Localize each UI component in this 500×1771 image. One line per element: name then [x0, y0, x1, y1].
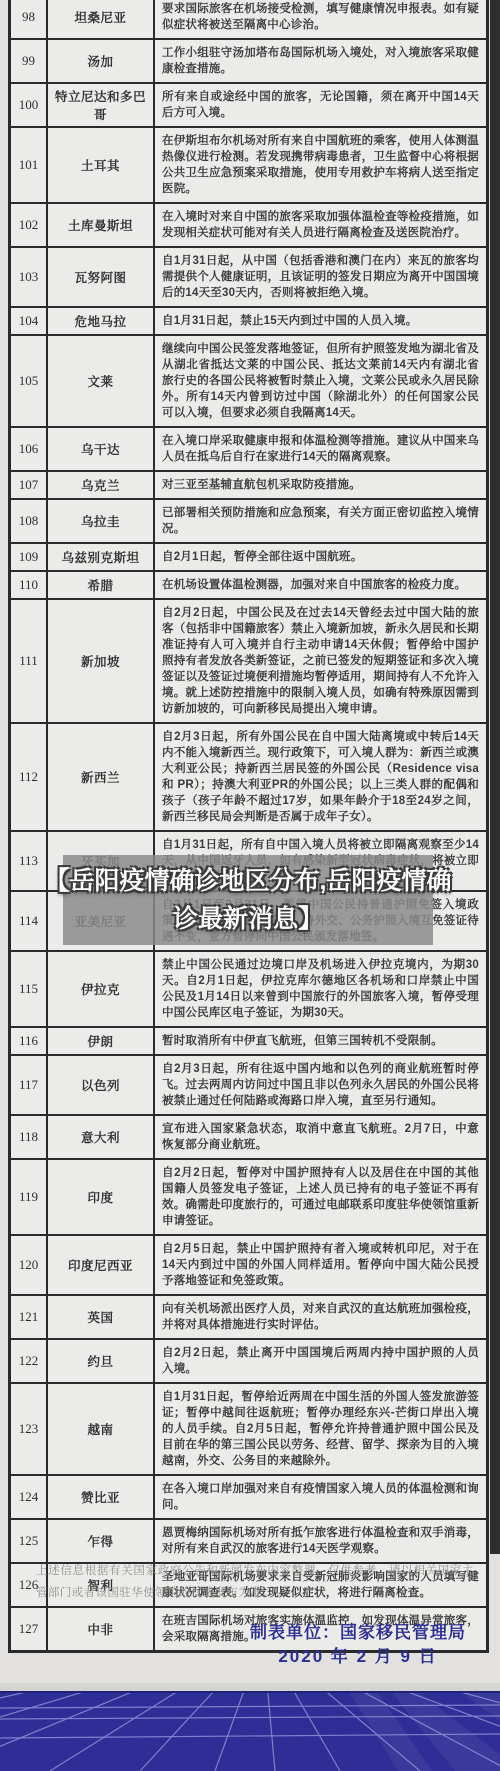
row-number: 101	[10, 127, 48, 203]
table-row: 115 伊拉克 禁止中国公民通过边境口岸及机场进入伊拉克境内，为期30天。自2月…	[10, 951, 488, 1027]
row-number: 115	[10, 951, 48, 1027]
row-country: 新加坡	[47, 599, 154, 723]
row-measure: 对三亚至基辅直航包机采取防疫措施。	[154, 471, 488, 499]
table-row: 99 汤加 工作小组驻守汤加塔布岛国际机场入境处，对入境旅客采取健康检查措施。	[10, 39, 488, 83]
row-measure: 要求国际旅客在机场接受检测，填写健康情况申报表。如有疑似症状将被送至隔离中心诊治…	[154, 0, 488, 39]
divider-strip	[0, 1683, 500, 1691]
row-country: 赞比亚	[47, 1475, 154, 1519]
row-country: 土库曼斯坦	[47, 203, 154, 247]
page: 98 坦桑尼亚 要求国际旅客在机场接受检测，填写健康情况申报表。如有疑似症状将被…	[0, 0, 500, 1771]
row-country: 坦桑尼亚	[47, 0, 154, 39]
table-row: 98 坦桑尼亚 要求国际旅客在机场接受检测，填写健康情况申报表。如有疑似症状将被…	[10, 0, 488, 39]
row-country: 越南	[47, 1383, 154, 1475]
row-number: 118	[10, 1115, 48, 1159]
row-number: 119	[10, 1159, 48, 1235]
bottom-band	[0, 1691, 500, 1771]
row-country: 希腊	[47, 571, 154, 599]
table-row: 122 约旦 自2月2日起，禁止离开中国国境后两周内持中国护照的人员入境。	[10, 1339, 488, 1383]
row-measure: 在各入境口岸加强对来自有疫情国家入境人员的体温检测和询问。	[154, 1475, 488, 1519]
row-number: 105	[10, 335, 48, 427]
row-measure: 向有关机场派出医疗人员，对来自武汉的直达航班加强检疫，并将对具体措施进行实时评估…	[154, 1295, 488, 1339]
table-row: 109 乌兹别克斯坦 自2月1日起，暂停全部往返中国航班。	[10, 543, 488, 571]
row-measure: 在入境口岸采取健康申报和体温检测等措施。建议从中国来乌人员在抵乌后自行在家进行1…	[154, 427, 488, 471]
right-edge-strip	[490, 0, 500, 1554]
row-number: 102	[10, 203, 48, 247]
row-country: 伊朗	[47, 1027, 154, 1055]
watermark-line-1: 【岳阳疫情确诊地区分布,岳阳疫情确	[45, 862, 452, 900]
row-measure: 工作小组驻守汤加塔布岛国际机场入境处，对入境旅客采取健康检查措施。	[154, 39, 488, 83]
row-country: 乍得	[47, 1519, 154, 1563]
row-number: 99	[10, 39, 48, 83]
row-number: 120	[10, 1235, 48, 1295]
row-country: 乌拉圭	[47, 499, 154, 543]
row-country: 中非	[47, 1607, 154, 1652]
row-country: 印度尼西亚	[47, 1235, 154, 1295]
table-row: 123 越南 自1月31日起，暂停给近两周在中国生活的外国人签发旅游签证；暂停中…	[10, 1383, 488, 1475]
row-measure: 宣布进入国家紧急状态，取消中意直飞航班。2月7日，中意恢复部分商业航班。	[154, 1115, 488, 1159]
watermark-line-2: 诊最新消息】	[173, 900, 323, 938]
table-row: 124 赞比亚 在各入境口岸加强对来自有疫情国家入境人员的体温检测和询问。	[10, 1475, 488, 1519]
row-number: 123	[10, 1383, 48, 1475]
row-number: 122	[10, 1339, 48, 1383]
row-measure: 自2月3日起，所有往返中国内地和以色列的商业航班暂时停飞。过去两周内访问过中国且…	[154, 1055, 488, 1115]
row-measure: 自1月31日起，禁止15天内到过中国的人员入境。	[154, 307, 488, 335]
issue-date: 2020 年 2 月 9 日	[225, 1645, 491, 1669]
row-measure: 自2月2日起，暂停对中国护照持有人以及居住在中国的其他国籍人员签发电子签证，上述…	[154, 1159, 488, 1235]
row-number: 103	[10, 247, 48, 307]
table-row: 106 乌干达 在入境口岸采取健康申报和体温检测等措施。建议从中国来乌人员在抵乌…	[10, 427, 488, 471]
table-row: 111 新加坡 自2月2日起，中国公民及在过去14天曾经去过中国大陆的旅客（包括…	[10, 599, 488, 723]
row-country: 意大利	[47, 1115, 154, 1159]
row-number: 116	[10, 1027, 48, 1055]
row-number: 98	[10, 0, 48, 39]
row-country: 新西兰	[47, 723, 154, 831]
row-number: 117	[10, 1055, 48, 1115]
footer-issuer-block: 制表单位：国家移民管理局 2020 年 2 月 9 日	[225, 1621, 491, 1669]
row-country: 以色列	[47, 1055, 154, 1115]
row-country: 印度	[47, 1159, 154, 1235]
row-country: 文莱	[47, 335, 154, 427]
row-country: 特立尼达和多巴哥	[47, 83, 154, 127]
row-number: 111	[10, 599, 48, 723]
table-row: 107 乌克兰 对三亚至基辅直航包机采取防疫措施。	[10, 471, 488, 499]
row-measure: 在机场设置体温检测器，加强对来自中国旅客的检疫力度。	[154, 571, 488, 599]
row-country: 汤加	[47, 39, 154, 83]
row-measure: 在入境时对来自中国的旅客采取加强体温检查等检疫措施，如发现相关症状可能对有关人员…	[154, 203, 488, 247]
row-number: 100	[10, 83, 48, 127]
row-number: 121	[10, 1295, 48, 1339]
table-row: 103 瓦努阿图 自1月31日起，从中国（包括香港和澳门在内）来瓦的旅客均需提供…	[10, 247, 488, 307]
table-row: 105 文莱 继续向中国公民签发落地签证，但所有护照签发地为湖北省及从湖北省抵达…	[10, 335, 488, 427]
table-row: 112 新西兰 自2月3日起，所有外国公民在自中国大陆离境或中转后14天内不能入…	[10, 723, 488, 831]
row-measure: 自1月31日起，暂停给近两周在中国生活的外国人签发旅游签证；暂停中越间往返航班；…	[154, 1383, 488, 1475]
row-number: 109	[10, 543, 48, 571]
row-measure: 继续向中国公民签发落地签证，但所有护照签发地为湖北省及从湖北省抵达文莱的中国公民…	[154, 335, 488, 427]
table-row: 117 以色列 自2月3日起，所有往返中国内地和以色列的商业航班暂时停飞。过去两…	[10, 1055, 488, 1115]
table-row: 100 特立尼达和多巴哥 所有来自或途经中国的旅客，无论国籍，须在离开中国14天…	[10, 83, 488, 127]
row-number: 127	[10, 1607, 48, 1652]
row-measure: 恩贾梅纳国际机场对所有抵乍旅客进行体温检查和双手消毒，对所有来自武汉的旅客进行1…	[154, 1519, 488, 1563]
row-number: 107	[10, 471, 48, 499]
table-row: 104 危地马拉 自1月31日起，禁止15天内到过中国的人员入境。	[10, 307, 488, 335]
table-row: 116 伊朗 暂时取消所有中伊直飞航班，但第三国转机不受限制。	[10, 1027, 488, 1055]
table-row: 118 意大利 宣布进入国家紧急状态，取消中意直飞航班。2月7日，中意恢复部分商…	[10, 1115, 488, 1159]
row-measure: 自2月1日起，暂停全部往返中国航班。	[154, 543, 488, 571]
row-number: 125	[10, 1519, 48, 1563]
row-number: 108	[10, 499, 48, 543]
row-number: 106	[10, 427, 48, 471]
row-country: 土耳其	[47, 127, 154, 203]
table-row: 120 印度尼西亚 自2月5日起，禁止中国护照持有者入境或转机印尼，对于在14天…	[10, 1235, 488, 1295]
row-country: 乌兹别克斯坦	[47, 543, 154, 571]
issuer-name: 制表单位：国家移民管理局	[225, 1621, 491, 1645]
row-country: 乌克兰	[47, 471, 154, 499]
row-measure: 自2月5日起，禁止中国护照持有者入境或转机印尼，对于在14天内到过中国的外国人同…	[154, 1235, 488, 1295]
row-measure: 在伊斯坦布尔机场对所有来自中国航班的乘客，使用人体测温热像仪进行检测。若发现携带…	[154, 127, 488, 203]
perspective-grid-graphic	[0, 1693, 500, 1771]
row-country: 乌干达	[47, 427, 154, 471]
table-row: 119 印度 自2月2日起，暂停对中国护照持有人以及居住在中国的其他国籍人员签发…	[10, 1159, 488, 1235]
table-row: 108 乌拉圭 已部署相关预防措施和应急预案，有关方面正密切监控入境情况。	[10, 499, 488, 543]
table-row: 102 土库曼斯坦 在入境时对来自中国的旅客采取加强体温检查等检疫措施，如发现相…	[10, 203, 488, 247]
footer-disclaimer: 上述信息根据有关国家政府公告和新闻发布内容整理，仅供参考，请以相关国家主管部门或…	[36, 1560, 474, 1604]
row-measure: 暂时取消所有中伊直飞航班，但第三国转机不受限制。	[154, 1027, 488, 1055]
row-number: 104	[10, 307, 48, 335]
row-country: 瓦努阿图	[47, 247, 154, 307]
row-measure: 自2月2日起，禁止离开中国国境后两周内持中国护照的人员入境。	[154, 1339, 488, 1383]
watermark-overlay: 【岳阳疫情确诊地区分布,岳阳疫情确 诊最新消息】	[63, 855, 433, 945]
restrictions-table-body: 98 坦桑尼亚 要求国际旅客在机场接受检测，填写健康情况申报表。如有疑似症状将被…	[10, 0, 488, 1652]
row-number: 124	[10, 1475, 48, 1519]
row-measure: 所有来自或途经中国的旅客，无论国籍，须在离开中国14天后方可入境。	[154, 83, 488, 127]
row-measure: 自2月2日起，中国公民及在过去14天曾经去过中国大陆的旅客（包括非中国籍旅客）禁…	[154, 599, 488, 723]
row-country: 约旦	[47, 1339, 154, 1383]
row-measure: 自1月31日起，从中国（包括香港和澳门在内）来瓦的旅客均需提供个人健康证明，且该…	[154, 247, 488, 307]
row-country: 危地马拉	[47, 307, 154, 335]
row-number: 110	[10, 571, 48, 599]
row-number: 113	[10, 831, 48, 891]
table-row: 101 土耳其 在伊斯坦布尔机场对所有来自中国航班的乘客，使用人体测温热像仪进行…	[10, 127, 488, 203]
table-row: 121 英国 向有关机场派出医疗人员，对来自武汉的直达航班加强检疫，并将对具体措…	[10, 1295, 488, 1339]
table-row: 110 希腊 在机场设置体温检测器，加强对来自中国旅客的检疫力度。	[10, 571, 488, 599]
row-number: 112	[10, 723, 48, 831]
row-measure: 已部署相关预防措施和应急预案，有关方面正密切监控入境情况。	[154, 499, 488, 543]
row-measure: 自2月3日起，所有外国公民在自中国大陆离境或中转后14天内不能入境新西兰。现行政…	[154, 723, 488, 831]
entry-restrictions-table: 98 坦桑尼亚 要求国际旅客在机场接受检测，填写健康情况申报表。如有疑似症状将被…	[8, 0, 489, 1653]
row-measure: 禁止中国公民通过边境口岸及机场进入伊拉克境内，为期30天。自2月1日起，伊拉克库…	[154, 951, 488, 1027]
row-country: 英国	[47, 1295, 154, 1339]
row-country: 伊拉克	[47, 951, 154, 1027]
table-row: 125 乍得 恩贾梅纳国际机场对所有抵乍旅客进行体温检查和双手消毒，对所有来自武…	[10, 1519, 488, 1563]
row-number: 114	[10, 891, 48, 951]
